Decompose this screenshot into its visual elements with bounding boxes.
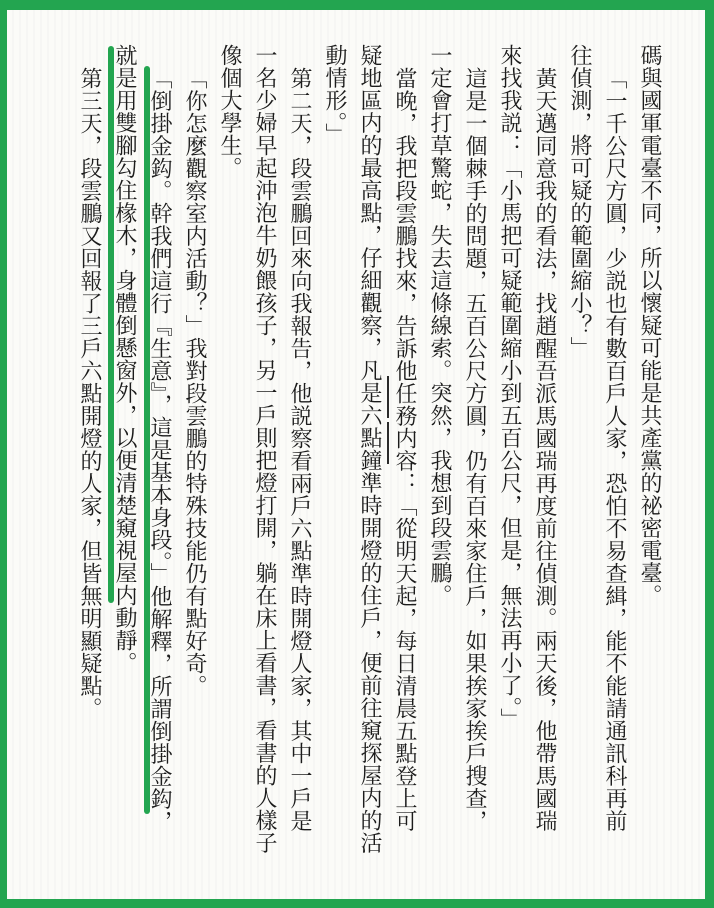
page-text: 碼與國軍電臺不同，所以懷疑可能是共產黨的祕密電臺。 「一千公尺方圓，少説也有數百…: [68, 44, 668, 892]
text-column-9: 疑地區内的最高點，仔細觀察，凡是六點鐘準時開燈的住戶，便前往窺探屋内的活: [353, 44, 388, 892]
emphasis-mark-2: [387, 422, 389, 464]
text-column-3: 往偵測，將可疑的範圍縮小？」: [563, 44, 598, 892]
text-column-12: 一名少婦早起沖泡牛奶餵孩子，另一戶則把燈打開，躺在床上看書，看書的人樣子: [248, 44, 283, 892]
text-column-2: 「一千公尺方圓，少説也有數百戶人家，恐怕不易查緝，能不能請通訊科再前: [598, 44, 633, 892]
text-column-11: 第二天，段雲鵬回來向我報告，他説察看兩戶六點準時開燈人家，其中一戶是: [283, 44, 318, 892]
highlight-line-1: [144, 66, 150, 814]
emphasis-mark-1: [387, 376, 389, 418]
text-column-8: 當晚，我把段雲鵬找來，告訴他任務内容：「從明天起，每日清晨五點登上可: [388, 44, 423, 892]
text-column-17: 第三天，段雲鵬又回報了三戶六點開燈的人家，但皆無明顯疑點。: [73, 44, 108, 892]
text-column-14: 「你怎麼觀察室内活動？」我對段雲鵬的特殊技能仍有點好奇。: [178, 44, 213, 892]
text-column-4: 黃天邁同意我的看法，找趙醒吾派馬國瑞再度前往偵測。兩天後，他帶馬國瑞: [528, 44, 563, 892]
text-column-7: 一定會打草驚蛇，失去這條線索。突然，我想到段雲鵬。: [423, 44, 458, 892]
highlight-line-2: [108, 46, 114, 603]
text-column-13: 像個大學生。: [213, 44, 248, 892]
text-column-1: 碼與國軍電臺不同，所以懷疑可能是共產黨的祕密電臺。: [633, 44, 668, 892]
text-column-5: 來找我説：「小馬把可疑範圍縮小到五百公尺，但是，無法再小了。」: [493, 44, 528, 892]
text-column-10: 動情形。」: [318, 44, 353, 892]
text-column-6: 這是一個棘手的問題，五百公尺方圓，仍有百來家住戶，如果挨家挨戶搜查，: [458, 44, 493, 892]
